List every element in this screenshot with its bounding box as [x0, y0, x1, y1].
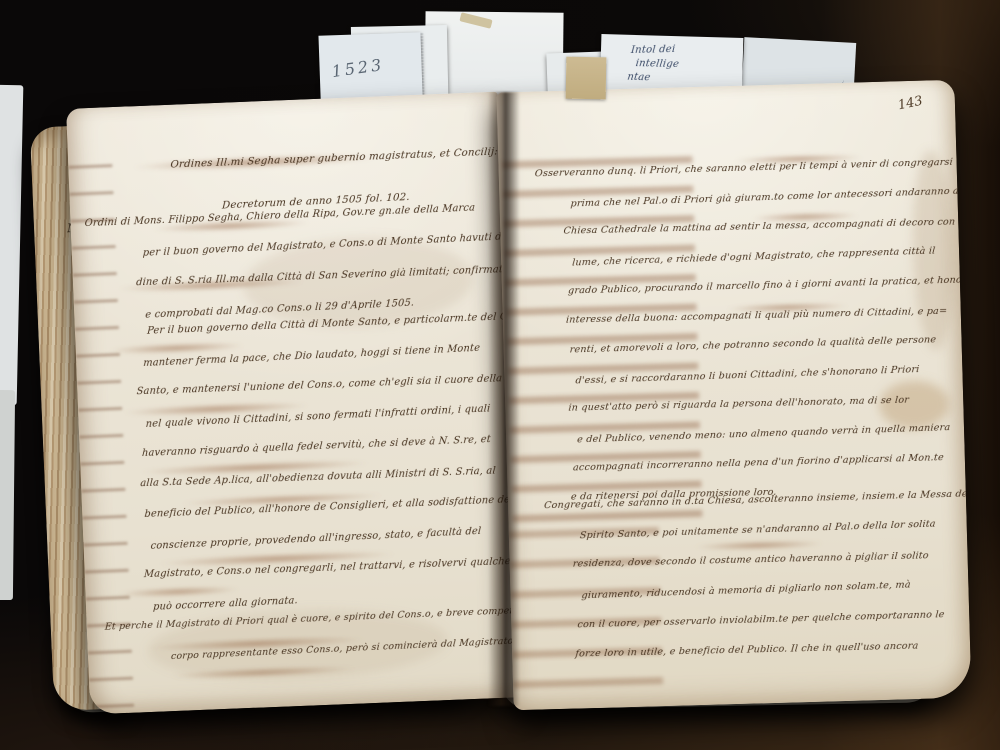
kraft-patch [566, 57, 607, 100]
right-page: 143 Osserveranno dunq. li Priori, che sa… [496, 80, 971, 711]
slip-year-label: 1523 [331, 57, 385, 80]
slip-note: Intol deiintelligentae [630, 43, 675, 86]
manuscript-photo: 1523 Intol deiintelligentae N. Ordines I… [0, 0, 1000, 750]
manuscript-line: ntae [626, 71, 672, 86]
book-gutter-shadow [488, 92, 520, 706]
loose-sheet-edge [0, 390, 15, 600]
paragraph: Osserveranno dunq. li Priori, che sarann… [534, 147, 971, 513]
manuscript-line: intellige [635, 57, 681, 72]
paragraph: Congregati, che saranno in d.ta Chiesa, … [544, 479, 972, 671]
left-page: Ordines Ill.mi Segha super gubernio magi… [66, 92, 522, 715]
page-number: 143 [897, 95, 924, 113]
manuscript-line: Intol dei [630, 43, 675, 58]
paragraph: Per il buon governo della Città di Monte… [136, 300, 522, 622]
